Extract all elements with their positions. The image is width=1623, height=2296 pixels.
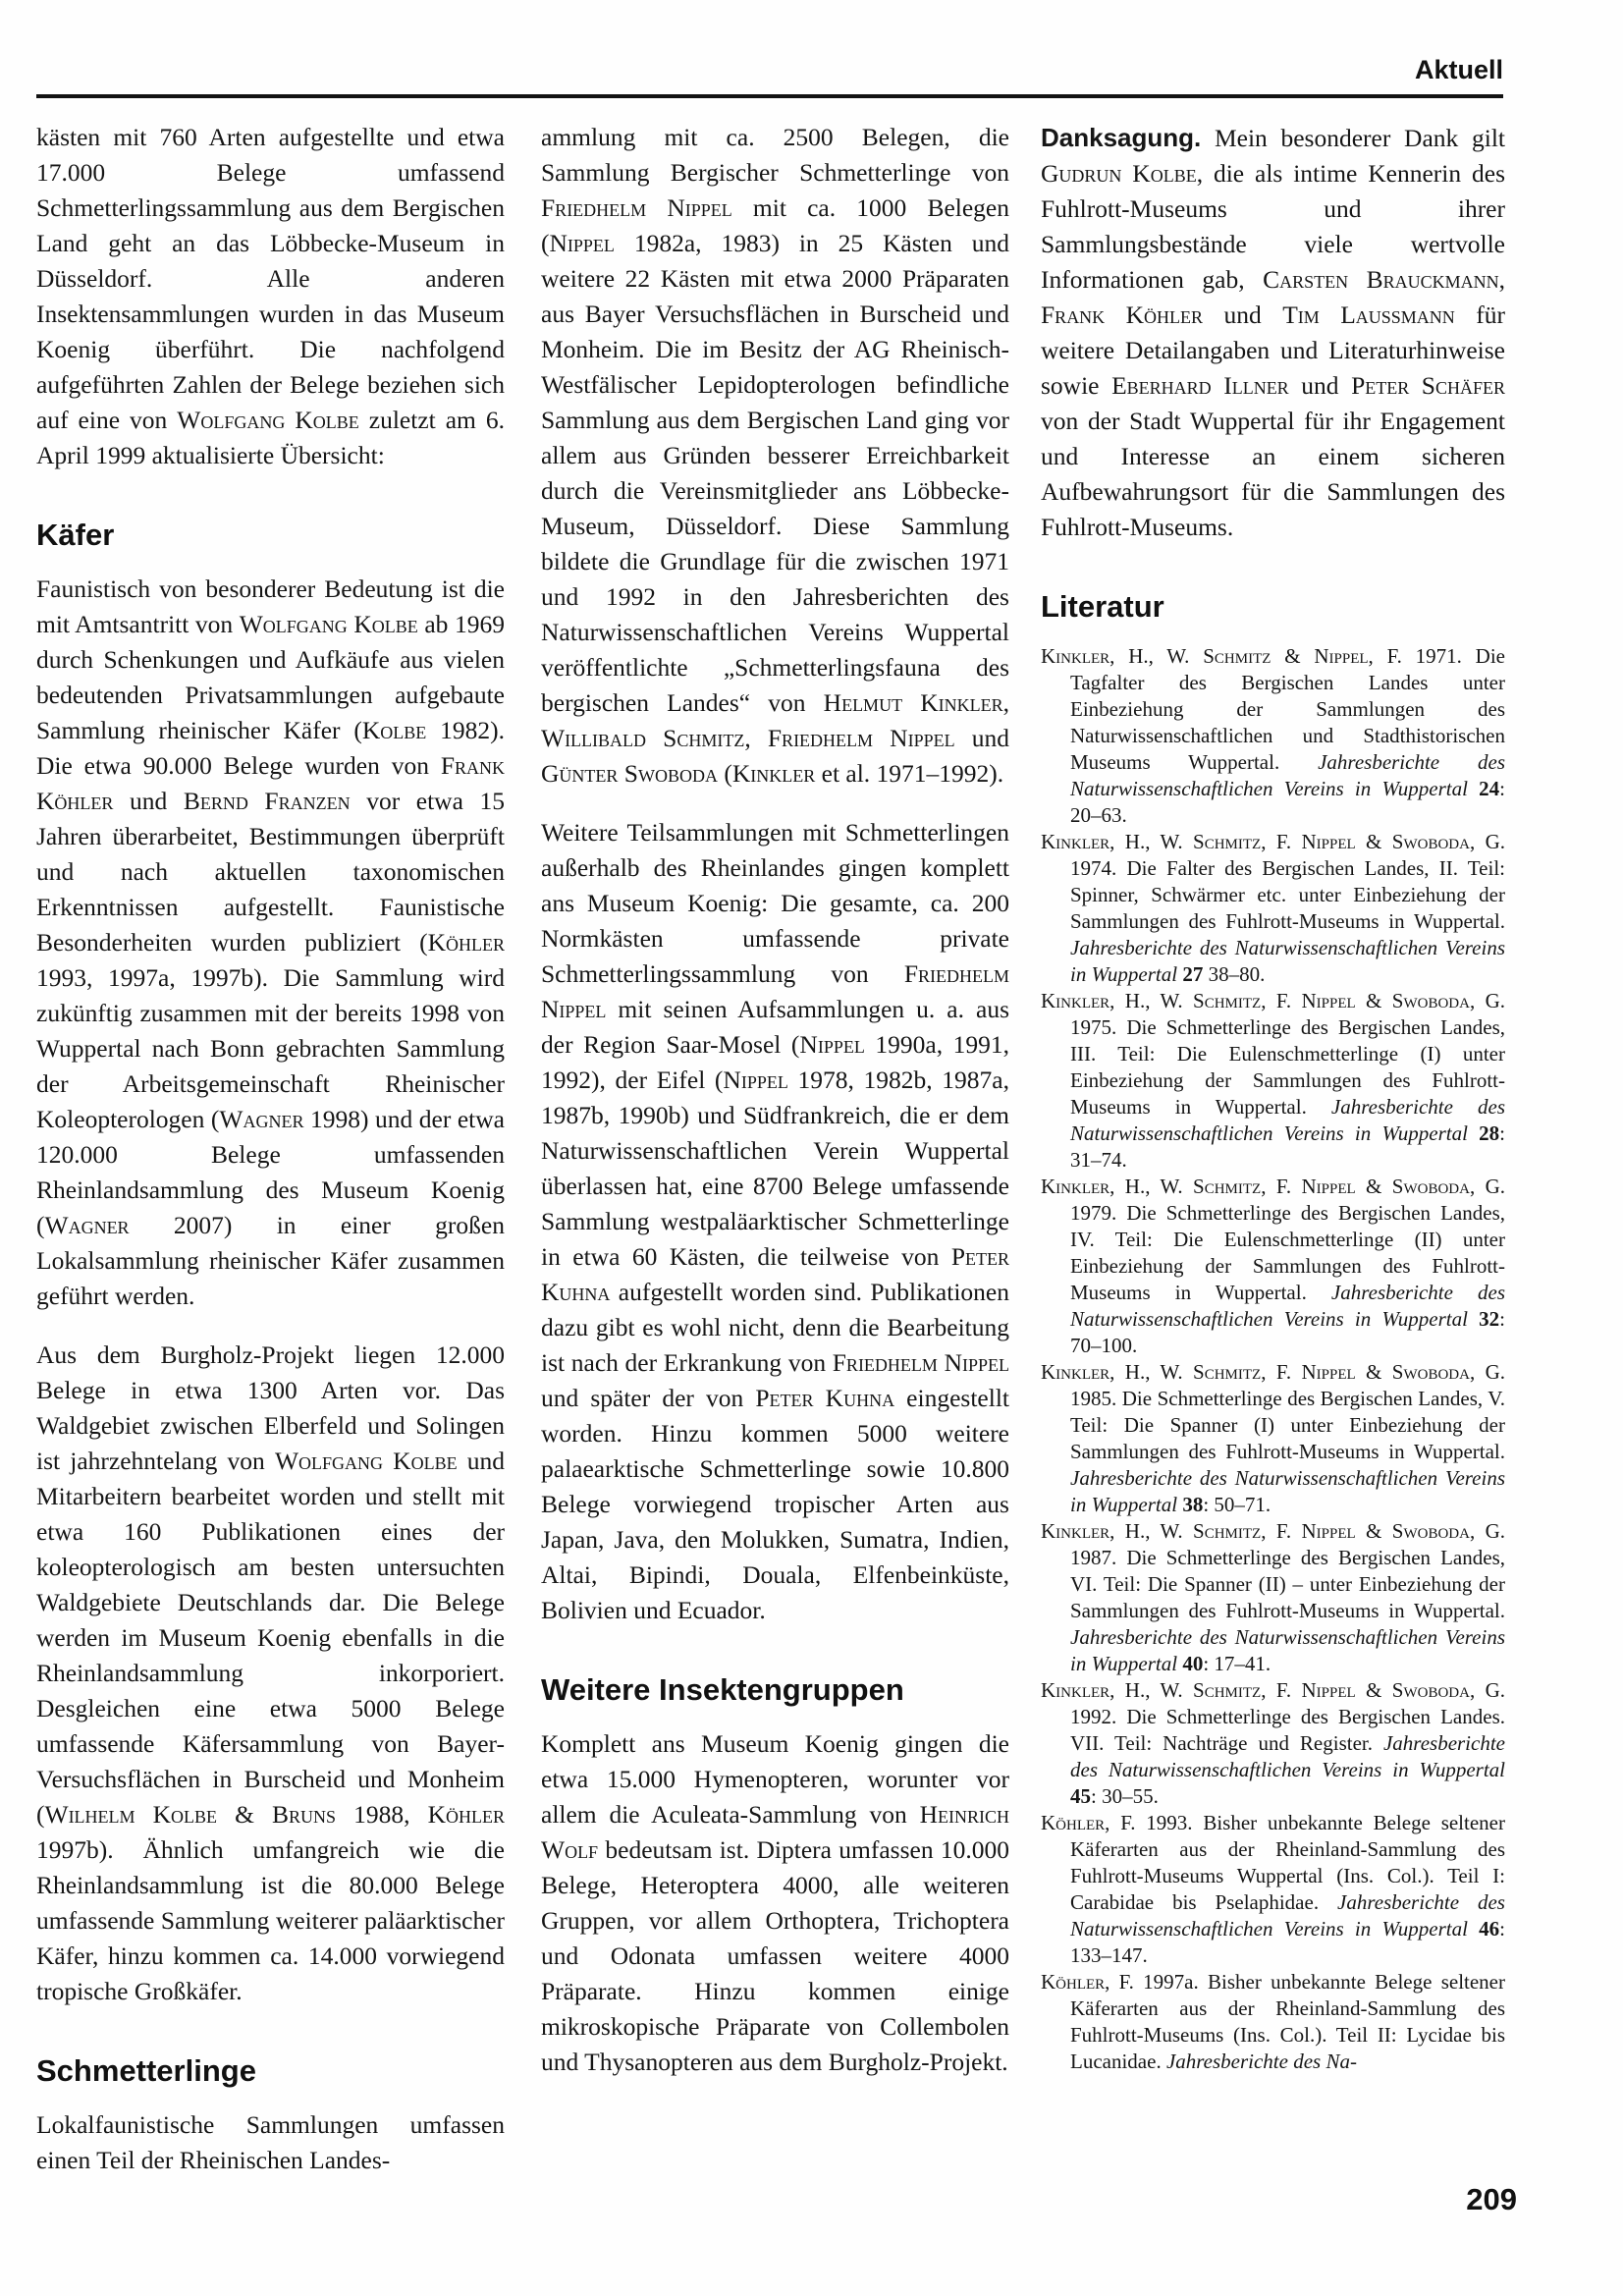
reference-item: Köhler, F. 1993. Bisher unbekannte Beleg…: [1070, 1810, 1505, 1969]
reference-item: Kinkler, H., W. Schmitz, F. Nippel & Swo…: [1070, 1518, 1505, 1677]
paragraph-kaefer-1: Faunistisch von besonderer Bedeutung ist…: [36, 572, 505, 1314]
paragraph-intro: kästen mit 760 Arten aufgestellte und et…: [36, 120, 505, 473]
reference-item: Kinkler, H., W. Schmitz & Nippel, F. 197…: [1070, 643, 1505, 829]
paragraph-danksagung: Danksagung. Mein besonderer Dank gilt Gu…: [1041, 120, 1505, 545]
paragraph-schmetterlinge-1: Lokalfaunistische Sammlungen umfassen ei…: [36, 2107, 505, 2178]
heading-kaefer: Käfer: [36, 519, 505, 552]
paragraph-kaefer-2: Aus dem Burgholz-Projekt liegen 12.000 B…: [36, 1338, 505, 2009]
reference-item: Kinkler, H., W. Schmitz, F. Nippel & Swo…: [1070, 1677, 1505, 1810]
reference-item: Kinkler, H., W. Schmitz, F. Nippel & Swo…: [1070, 988, 1505, 1174]
reference-item: Kinkler, H., W. Schmitz, F. Nippel & Swo…: [1070, 1174, 1505, 1359]
reference-list: Kinkler, H., W. Schmitz & Nippel, F. 197…: [1041, 643, 1505, 2075]
page-number: 209: [1466, 2182, 1517, 2217]
paragraph-schmetterlinge-2: ammlung mit ca. 2500 Belegen, die Sammlu…: [541, 120, 1009, 792]
journal-page: Aktuell kästen mit 760 Arten aufgestellt…: [0, 0, 1623, 2296]
text-column-middle: ammlung mit ca. 2500 Belegen, die Sammlu…: [541, 120, 1009, 2080]
paragraph-schmetterlinge-3: Weitere Teilsammlungen mit Schmetterling…: [541, 815, 1009, 1628]
reference-item: Kinkler, H., W. Schmitz, F. Nippel & Swo…: [1070, 1359, 1505, 1518]
section-header-label: Aktuell: [1415, 55, 1503, 85]
heading-weitere-insektengruppen: Weitere Insektengruppen: [541, 1673, 1009, 1707]
header-divider-rule: [36, 94, 1503, 98]
heading-literatur: Literatur: [1041, 590, 1505, 624]
heading-schmetterlinge: Schmetterlinge: [36, 2054, 505, 2088]
paragraph-weitere-insektengruppen: Komplett ans Museum Koenig gingen die et…: [541, 1726, 1009, 2080]
reference-item: Kinkler, H., W. Schmitz, F. Nippel & Swo…: [1070, 829, 1505, 988]
text-column-right: Danksagung. Mein besonderer Dank gilt Gu…: [1041, 120, 1505, 2075]
text-column-left: kästen mit 760 Arten aufgestellte und et…: [36, 120, 505, 2178]
reference-item: Köhler, F. 1997a. Bisher unbekannte Bele…: [1070, 1969, 1505, 2075]
